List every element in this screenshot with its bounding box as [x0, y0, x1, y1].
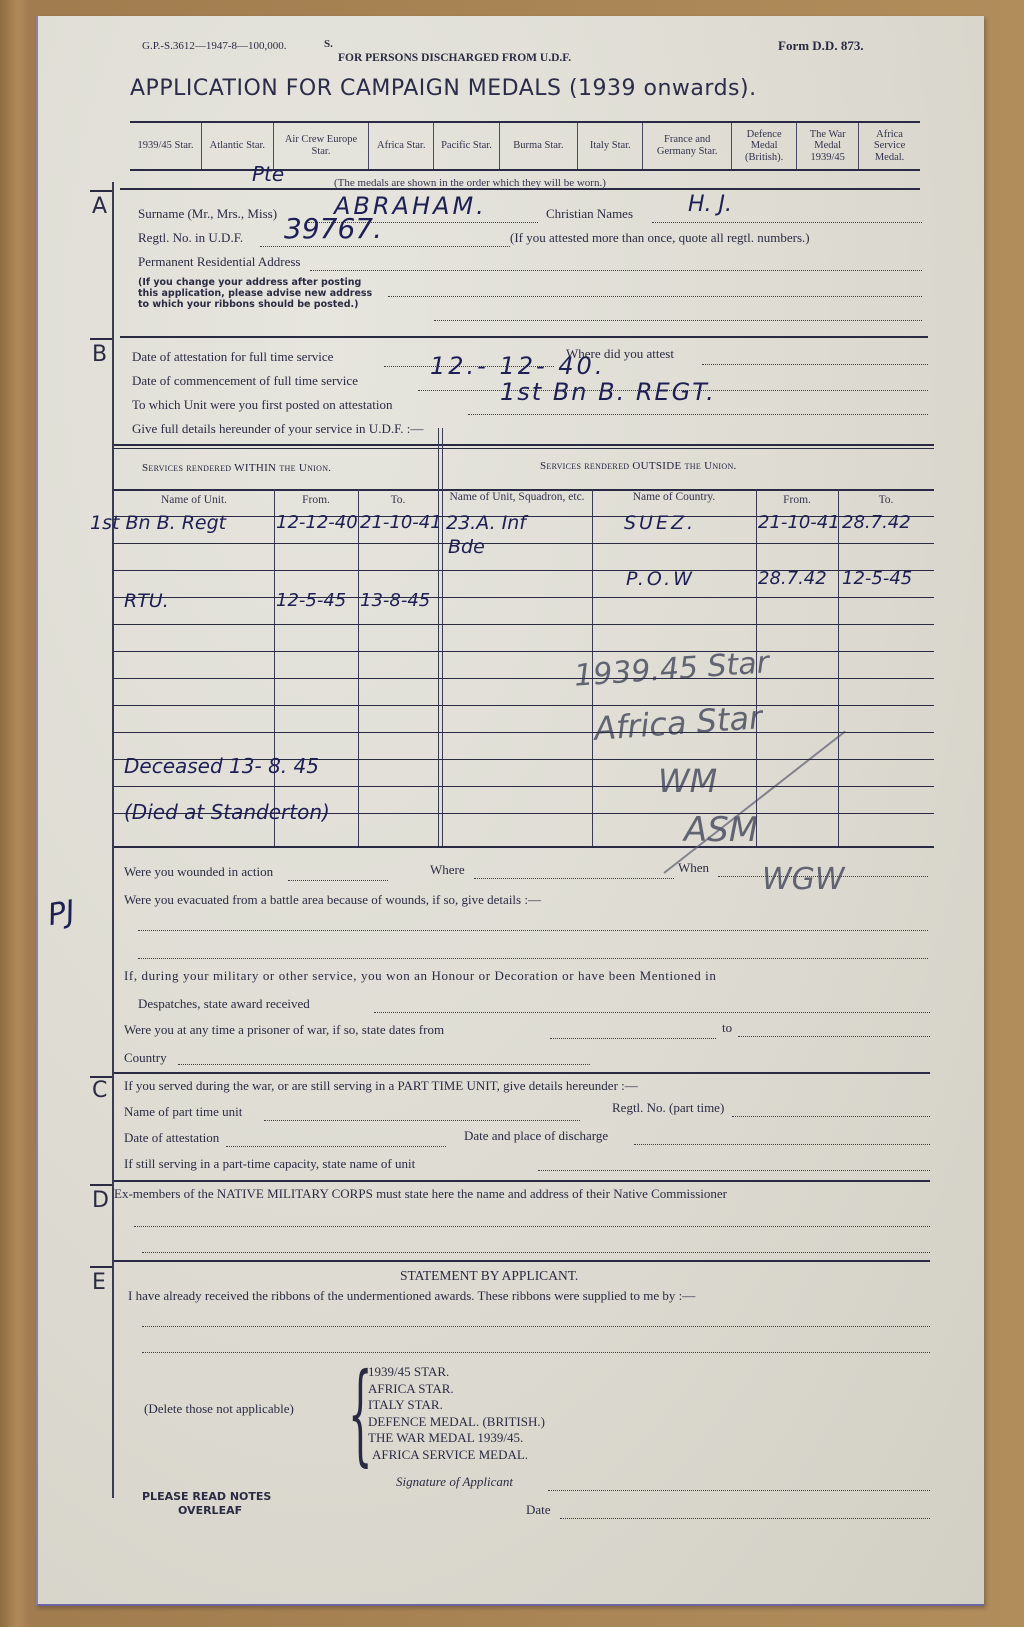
form-title: APPLICATION FOR CAMPAIGN MEDALS (1939 on… — [130, 76, 757, 101]
rank-handwritten: Pte — [252, 162, 284, 186]
medal-header-cell: Defence Medal (British). — [732, 123, 797, 169]
within-from-cell: 12-12-40 — [276, 512, 358, 533]
outside-to-cell: 28.7.42 — [842, 512, 911, 533]
medal-order-row: 1939/45 Star.Atlantic Star.Air Crew Euro… — [130, 121, 920, 171]
statement-heading: STATEMENT BY APPLICANT. — [400, 1268, 578, 1284]
date-label: Date — [526, 1502, 551, 1518]
table-column-header: From. — [274, 494, 358, 506]
outside-from-cell: 21-10-41 — [758, 512, 840, 533]
within-unit-cell: Deceased 13- 8. 45 — [124, 754, 319, 778]
part-time-attestation-label: Date of attestation — [124, 1130, 219, 1146]
honour-label-line2: Despatches, state award received — [138, 996, 310, 1012]
evacuated-label: Were you evacuated from a battle area be… — [124, 892, 541, 908]
award-option: ITALY STAR. — [368, 1397, 545, 1414]
award-option: DEFENCE MEDAL. (BRITISH.) — [368, 1414, 545, 1431]
regtl-no-value: 39767. — [284, 212, 382, 245]
pow-to-label: to — [722, 1020, 732, 1036]
christian-names-label: Christian Names — [546, 206, 633, 222]
form-number: Form D.D. 873. — [778, 38, 864, 54]
pencil-note-asm: ASM — [684, 810, 758, 850]
table-column-header: From. — [756, 494, 838, 506]
within-unit-cell: 1st Bn B. Regt — [90, 512, 226, 534]
medal-header-cell: Africa Star. — [369, 123, 434, 169]
medal-header-cell: The War Medal 1939/45 — [797, 123, 859, 169]
outside-country-cell: P.O.W — [626, 568, 695, 590]
outside-unit-cell: 23.A. Inf — [446, 512, 526, 534]
part-time-unit-label: Name of part time unit — [124, 1104, 242, 1120]
attestation-date-label: Date of attestation for full time servic… — [132, 349, 333, 365]
section-b-letter: B — [92, 342, 107, 367]
outside-country-cell: SUEZ. — [624, 512, 696, 534]
christian-names-value: H. J. — [688, 192, 732, 217]
table-row-rule — [114, 651, 934, 652]
part-time-intro: If you served during the war, or are sti… — [124, 1078, 638, 1094]
medal-header-cell: Burma Star. — [500, 123, 579, 169]
outside-to-cell: 12-5-45 — [842, 568, 912, 589]
commencement-label: Date of commencement of full time servic… — [132, 373, 358, 389]
pencil-note-wm: WM — [658, 762, 717, 800]
part-time-regtl-no-label: Regtl. No. (part time) — [612, 1100, 724, 1116]
medal-header-cell: Africa Service Medal. — [859, 123, 920, 169]
delete-note: (Delete those not applicable) — [144, 1401, 294, 1417]
statement-text: I have already received the ribbons of t… — [128, 1288, 695, 1304]
within-to-cell: 13-8-45 — [360, 590, 430, 611]
outside-unit-cell-cont: Bde — [448, 536, 485, 558]
left-margin-rule — [112, 182, 114, 1498]
award-option: THE WAR MEDAL 1939/45. — [368, 1430, 545, 1447]
medal-header-cell: France and Germany Star. — [643, 123, 732, 169]
table-row-rule — [114, 597, 934, 598]
within-to-cell: 21-10-41 — [360, 512, 442, 533]
regtl-no-note: (If you attested more than once, quote a… — [510, 230, 810, 246]
margin-initials: PJ — [45, 894, 78, 933]
still-serving-label: If still serving in a part-time capacity… — [124, 1156, 415, 1172]
medal-header-cell: Italy Star. — [578, 123, 643, 169]
country-label: Country — [124, 1050, 167, 1066]
first-unit-label: To which Unit were you first posted on a… — [132, 397, 392, 413]
regtl-no-label: Regtl. No. in U.D.F. — [138, 230, 243, 246]
table-column-header: Name of Country. — [592, 491, 756, 503]
print-code: G.P.-S.3612—1947-8—100,000. — [142, 40, 287, 52]
first-unit-value: 1st Bn B. REGT. — [500, 378, 716, 406]
address-change-note: (If you change your address after postin… — [138, 278, 378, 311]
pencil-note-wgw: WGW — [762, 862, 845, 897]
award-option: 1939/45 STAR. — [368, 1364, 545, 1381]
section-e-letter: E — [92, 1270, 106, 1295]
outside-from-cell: 28.7.42 — [758, 568, 827, 589]
application-form-page: G.P.-S.3612—1947-8—100,000. S. Form D.D.… — [36, 16, 984, 1606]
honour-label-line1: If, during your military or other servic… — [124, 968, 717, 984]
table-row-rule — [114, 678, 934, 679]
signature-line[interactable] — [548, 1490, 930, 1491]
table-row-rule — [114, 705, 934, 706]
within-from-cell: 12-5-45 — [276, 590, 346, 611]
table-row-rule — [114, 543, 934, 544]
native-corps-text: Ex-members of the NATIVE MILITARY CORPS … — [114, 1186, 727, 1202]
table-column-header: To. — [838, 494, 934, 506]
table-column-header: Name of Unit. — [114, 494, 274, 506]
wounded-label: Were you wounded in action — [124, 864, 273, 880]
medal-header-cell: Air Crew Europe Star. — [274, 123, 369, 169]
within-unit-cell: (Died at Standerton) — [124, 800, 330, 824]
within-union-heading: Services rendered WITHIN the Union. — [142, 462, 331, 474]
surname-label: Surname (Mr., Mrs., Miss) — [138, 206, 277, 222]
medal-header-cell: 1939/45 Star. — [130, 123, 202, 169]
signature-label: Signature of Applicant — [396, 1474, 513, 1490]
when-label: When — [678, 860, 709, 876]
date-line[interactable] — [560, 1518, 930, 1519]
medal-header-cell: Pacific Star. — [434, 123, 499, 169]
section-a-letter: A — [92, 194, 107, 219]
outside-union-heading: Services rendered OUTSIDE the Union. — [540, 460, 737, 472]
union-divider — [438, 428, 439, 846]
pow-label: Were you at any time a prisoner of war, … — [124, 1022, 444, 1038]
table-column-header: To. — [358, 494, 438, 506]
pencil-note-1939-45-star: 1939.45 Star — [573, 645, 770, 694]
award-option: AFRICA STAR. — [368, 1381, 545, 1398]
section-d-letter: D — [92, 1188, 109, 1213]
award-option: AFRICA SERVICE MEDAL. — [368, 1447, 545, 1464]
pencil-strike-line — [663, 731, 845, 874]
within-unit-cell: RTU. — [124, 590, 169, 612]
table-row-rule — [114, 624, 934, 625]
commencement-value: 12.- 12- 40. — [430, 352, 605, 380]
notes-overleaf-line1: PLEASE READ NOTES — [142, 1490, 271, 1503]
notes-overleaf-line2: OVERLEAF — [178, 1504, 242, 1517]
discharge-label: Date and place of discharge — [464, 1128, 608, 1144]
awards-list: 1939/45 STAR.AFRICA STAR.ITALY STAR.DEFE… — [368, 1364, 545, 1463]
print-suffix: S. — [324, 38, 333, 50]
section-c-letter: C — [92, 1078, 107, 1103]
table-row-rule — [114, 732, 934, 733]
address-label: Permanent Residential Address — [138, 254, 300, 270]
form-subtitle: FOR PERSONS DISCHARGED FROM U.D.F. — [338, 52, 571, 64]
service-details-label: Give full details hereunder of your serv… — [132, 421, 423, 437]
table-row-rule — [114, 786, 934, 787]
table-column-header: Name of Unit, Squadron, etc. — [442, 491, 592, 503]
where-label: Where — [430, 862, 465, 878]
